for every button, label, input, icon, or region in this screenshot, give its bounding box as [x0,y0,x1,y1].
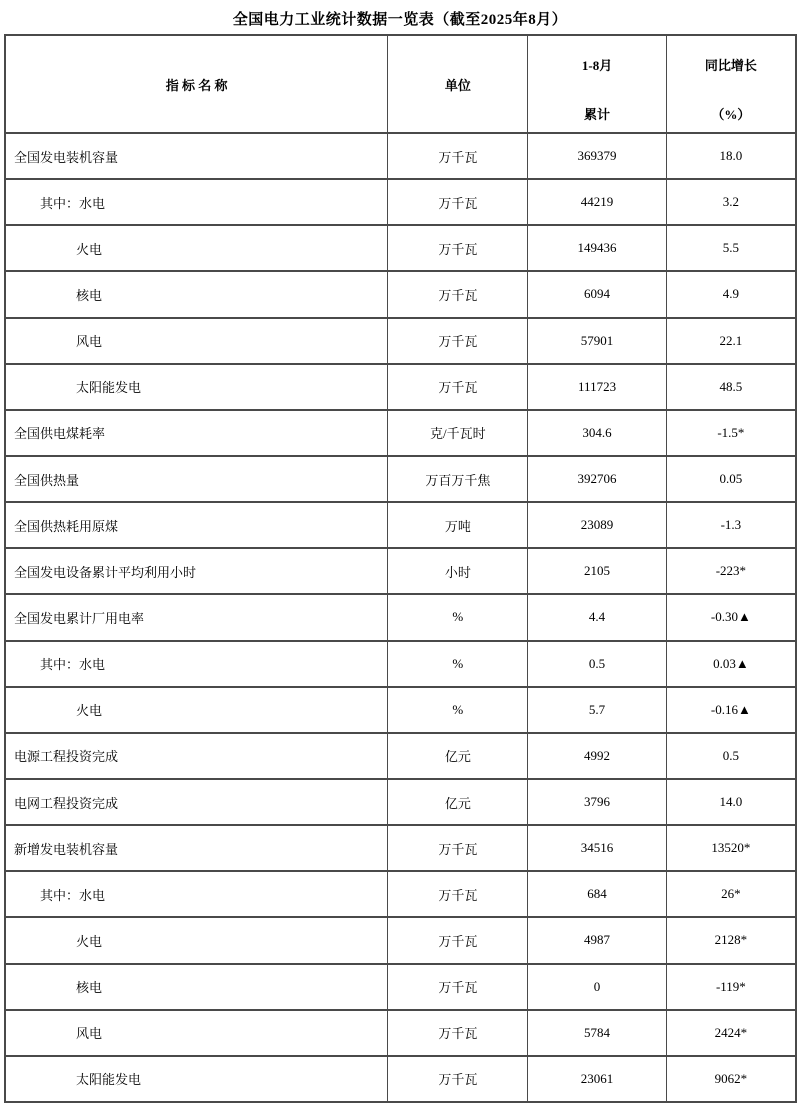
yoy-cell: -223* [666,548,796,594]
indicator-cell: 风电 [5,1010,388,1056]
table-row: 风电 万千瓦 57901 22.1 [5,318,796,364]
unit-cell: 万千瓦 [388,133,528,179]
indicator-cell: 太阳能发电 [5,1056,388,1102]
indicator-cell: 其中：水电 [5,641,388,687]
unit-cell: 万千瓦 [388,225,528,271]
header-period-line1: 1-8月 [528,55,665,74]
statistics-table: 指 标 名 称 单位 1-8月 累计 同比增长 （%） 全国发电装机容量 万千瓦… [4,34,797,1103]
yoy-cell: -0.30▲ [666,594,796,640]
yoy-cell: -1.3 [666,502,796,548]
unit-cell: 万吨 [388,502,528,548]
yoy-cell: 4.9 [666,271,796,317]
header-yoy-line1: 同比增长 [667,55,795,74]
yoy-cell: 18.0 [666,133,796,179]
indicator-cell: 新增发电装机容量 [5,825,388,871]
value-cell: 3796 [528,779,666,825]
yoy-cell: 5.5 [666,225,796,271]
yoy-cell: 0.5 [666,733,796,779]
yoy-cell: 2424* [666,1010,796,1056]
header-row: 指 标 名 称 单位 1-8月 累计 同比增长 （%） [5,35,796,133]
indicator-cell: 核电 [5,964,388,1010]
value-cell: 111723 [528,364,666,410]
page-title: 全国电力工业统计数据一览表（截至2025年8月） [0,0,800,34]
value-cell: 23061 [528,1056,666,1102]
table-header: 指 标 名 称 单位 1-8月 累计 同比增长 （%） [5,35,796,133]
unit-cell: % [388,687,528,733]
value-cell: 2105 [528,548,666,594]
table-row: 太阳能发电 万千瓦 111723 48.5 [5,364,796,410]
table-row: 火电 万千瓦 149436 5.5 [5,225,796,271]
unit-cell: 万千瓦 [388,825,528,871]
unit-cell: % [388,641,528,687]
yoy-cell: 0.05 [666,456,796,502]
indicator-cell: 火电 [5,917,388,963]
unit-cell: 万千瓦 [388,179,528,225]
unit-cell: 万千瓦 [388,1056,528,1102]
header-period: 1-8月 累计 [528,35,666,133]
value-cell: 392706 [528,456,666,502]
indicator-cell: 核电 [5,271,388,317]
table-row: 火电 % 5.7 -0.16▲ [5,687,796,733]
indicator-cell: 全国供热耗用原煤 [5,502,388,548]
unit-cell: % [388,594,528,640]
yoy-cell: -119* [666,964,796,1010]
table-row: 其中：水电 万千瓦 44219 3.2 [5,179,796,225]
unit-cell: 万千瓦 [388,964,528,1010]
table-body: 全国发电装机容量 万千瓦 369379 18.0 其中：水电 万千瓦 44219… [5,133,796,1102]
table-row: 核电 万千瓦 0 -119* [5,964,796,1010]
table-row: 全国供热耗用原煤 万吨 23089 -1.3 [5,502,796,548]
value-cell: 6094 [528,271,666,317]
indicator-cell: 太阳能发电 [5,364,388,410]
value-cell: 57901 [528,318,666,364]
indicator-cell: 全国发电设备累计平均利用小时 [5,548,388,594]
unit-cell: 万千瓦 [388,318,528,364]
indicator-cell: 其中：水电 [5,179,388,225]
value-cell: 44219 [528,179,666,225]
unit-cell: 亿元 [388,779,528,825]
yoy-cell: 14.0 [666,779,796,825]
value-cell: 5784 [528,1010,666,1056]
yoy-cell: 0.03▲ [666,641,796,687]
table-row: 全国发电装机容量 万千瓦 369379 18.0 [5,133,796,179]
yoy-cell: 26* [666,871,796,917]
value-cell: 5.7 [528,687,666,733]
unit-cell: 万千瓦 [388,871,528,917]
yoy-cell: -1.5* [666,410,796,456]
table-row: 电网工程投资完成 亿元 3796 14.0 [5,779,796,825]
indicator-cell: 火电 [5,687,388,733]
yoy-cell: 3.2 [666,179,796,225]
indicator-cell: 全国供热量 [5,456,388,502]
indicator-cell: 其中：水电 [5,871,388,917]
value-cell: 34516 [528,825,666,871]
unit-cell: 克/千瓦时 [388,410,528,456]
indicator-cell: 火电 [5,225,388,271]
table-row: 新增发电装机容量 万千瓦 34516 13520* [5,825,796,871]
value-cell: 4.4 [528,594,666,640]
value-cell: 0.5 [528,641,666,687]
table-row: 全国发电累计厂用电率 % 4.4 -0.30▲ [5,594,796,640]
value-cell: 149436 [528,225,666,271]
table-row: 其中：水电 % 0.5 0.03▲ [5,641,796,687]
unit-cell: 小时 [388,548,528,594]
value-cell: 23089 [528,502,666,548]
table-row: 风电 万千瓦 5784 2424* [5,1010,796,1056]
yoy-cell: 13520* [666,825,796,871]
header-indicator: 指 标 名 称 [5,35,388,133]
table-row: 太阳能发电 万千瓦 23061 9062* [5,1056,796,1102]
yoy-cell: -0.16▲ [666,687,796,733]
indicator-cell: 全国发电累计厂用电率 [5,594,388,640]
table-row: 电源工程投资完成 亿元 4992 0.5 [5,733,796,779]
value-cell: 684 [528,871,666,917]
unit-cell: 万千瓦 [388,1010,528,1056]
indicator-cell: 风电 [5,318,388,364]
table-row: 全国供热量 万百万千焦 392706 0.05 [5,456,796,502]
indicator-cell: 全国发电装机容量 [5,133,388,179]
page: 全国电力工业统计数据一览表（截至2025年8月） 指 标 名 称 单位 1-8月… [0,0,800,1117]
yoy-cell: 2128* [666,917,796,963]
header-yoy: 同比增长 （%） [666,35,796,133]
value-cell: 304.6 [528,410,666,456]
value-cell: 4987 [528,917,666,963]
table-row: 全国供电煤耗率 克/千瓦时 304.6 -1.5* [5,410,796,456]
header-yoy-line2: （%） [667,104,795,123]
unit-cell: 万千瓦 [388,271,528,317]
yoy-cell: 9062* [666,1056,796,1102]
header-period-line2: 累计 [528,104,665,123]
yoy-cell: 48.5 [666,364,796,410]
table-row: 其中：水电 万千瓦 684 26* [5,871,796,917]
table-row: 全国发电设备累计平均利用小时 小时 2105 -223* [5,548,796,594]
value-cell: 4992 [528,733,666,779]
indicator-cell: 电网工程投资完成 [5,779,388,825]
value-cell: 0 [528,964,666,1010]
table-row: 核电 万千瓦 6094 4.9 [5,271,796,317]
unit-cell: 亿元 [388,733,528,779]
table-row: 火电 万千瓦 4987 2128* [5,917,796,963]
unit-cell: 万千瓦 [388,917,528,963]
indicator-cell: 电源工程投资完成 [5,733,388,779]
yoy-cell: 22.1 [666,318,796,364]
unit-cell: 万千瓦 [388,364,528,410]
value-cell: 369379 [528,133,666,179]
unit-cell: 万百万千焦 [388,456,528,502]
header-unit: 单位 [388,35,528,133]
indicator-cell: 全国供电煤耗率 [5,410,388,456]
